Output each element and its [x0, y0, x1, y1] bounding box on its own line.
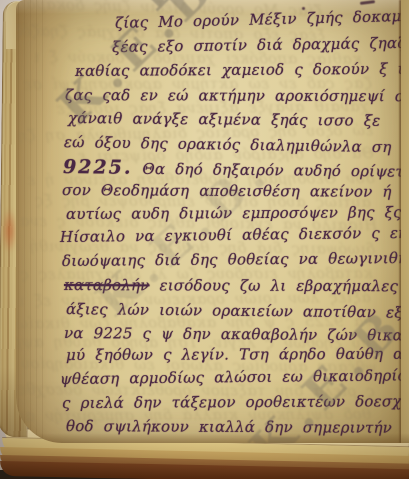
ink-speck — [302, 7, 305, 10]
page-bottom-shadow — [16, 433, 409, 443]
amount-figure: 9225. — [63, 156, 133, 179]
edge-smudge — [2, 208, 17, 254]
handwriting-line: χάναιθ ανάγξε αξιμένα ξηάς ισσο ξε — [68, 111, 381, 129]
manuscript-photo: ζίας Μο ορούν Μέξιν ζμής δοκαμάσοξέας εξ… — [0, 0, 409, 479]
handwriting-line: ς ριελά δην τάξεμον οροθεικτέων δοεσχθει — [62, 394, 409, 411]
next-page-sliver — [401, 0, 409, 443]
handwriting-line: Ηίσαιλο να εγκιουθί αθέας διεκσόν ς ενα — [60, 226, 409, 245]
manuscript-page: ζίας Μο ορούν Μέξιν ζμής δοκαμάσοξέας εξ… — [16, 0, 409, 443]
